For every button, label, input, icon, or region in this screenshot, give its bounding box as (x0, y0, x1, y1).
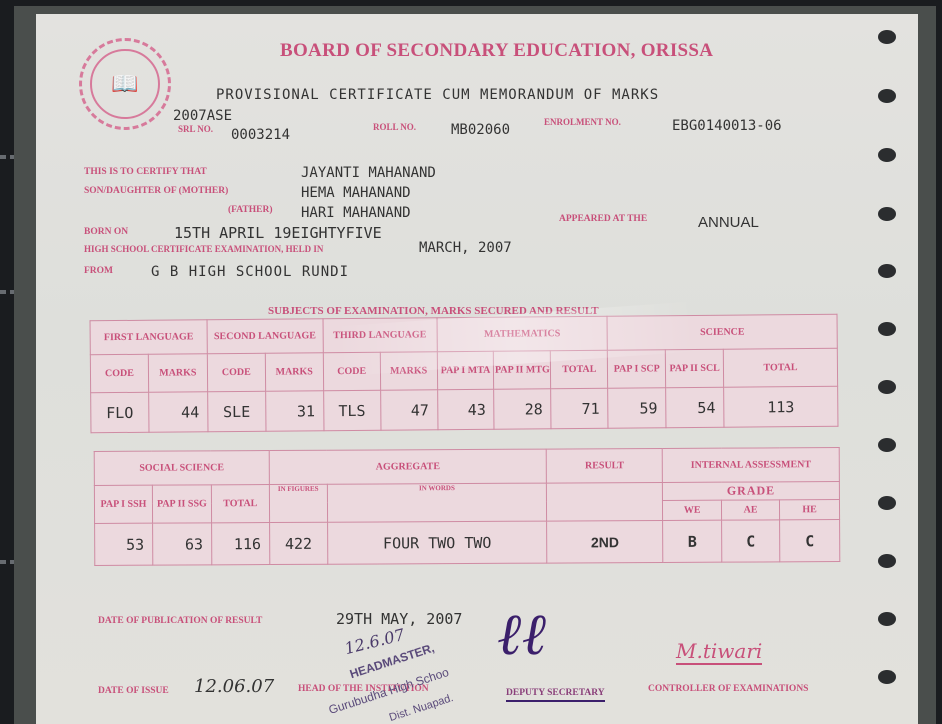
sl-marks-header: MARKS (265, 353, 323, 392)
result-value: 2ND (547, 520, 663, 563)
in-words-header: IN WORDS (327, 483, 547, 522)
sl-marks: 31 (265, 391, 323, 432)
sci-p1-header: PAP I SCP (608, 350, 666, 389)
internal-assessment-header: INTERNAL ASSESSMENT (662, 448, 839, 483)
issue-date: 12.06.07 (194, 676, 274, 697)
math-total-header: TOTAL (551, 350, 608, 388)
punch-hole-icon (878, 670, 896, 684)
roll-label: ROLL NO. (373, 122, 416, 132)
tl-code-header: CODE (323, 352, 380, 390)
aggregate-words: FOUR TWO TWO (327, 521, 547, 564)
sl-code: SLE (208, 391, 266, 432)
candidate-name: JAYANTI MAHANAND (301, 165, 436, 181)
exam-type: ANNUAL (698, 214, 759, 231)
certificate-document: 📖 BOARD OF SECONDARY EDUCATION, ORISSA P… (36, 14, 918, 724)
exam-code: 2007ASE (173, 108, 232, 124)
ss-p1: 53 (95, 523, 153, 565)
date-of-birth: 15TH APRIL 19EIGHTYFIVE (174, 224, 382, 242)
ss-p2-header: PAP II SSG (152, 485, 211, 523)
srl-label: SRL NO. (178, 124, 213, 134)
mother-name: HEMA MAHANAND (301, 185, 411, 201)
board-name: BOARD OF SECONDARY EDUCATION, ORISSA (280, 40, 713, 62)
sci-total-header: TOTAL (723, 348, 837, 387)
sci-p2: 54 (666, 387, 724, 428)
marks-table-title: SUBJECTS OF EXAMINATION, MARKS SECURED A… (268, 305, 599, 317)
punch-hole-icon (878, 496, 896, 510)
issue-label: DATE OF ISSUE (98, 686, 169, 696)
in-figures-header: IN FIGURES (269, 484, 327, 522)
third-language-header: THIRD LANGUAGE (323, 318, 437, 353)
ss-total-header: TOTAL (211, 485, 269, 523)
deputy-label: DEPUTY SECRETARY (506, 688, 605, 702)
roll-value: MB02060 (451, 122, 510, 138)
controller-label: CONTROLLER OF EXAMINATIONS (648, 684, 808, 694)
punch-hole-icon (878, 554, 896, 568)
math-p1-header: PAP I MTA (437, 351, 494, 389)
aggregate-figures: 422 (269, 522, 327, 564)
punch-hole-icon (878, 322, 896, 336)
grade-header: GRADE (663, 482, 840, 501)
marks-table: FIRST LANGUAGE SECOND LANGUAGE THIRD LAN… (90, 314, 839, 434)
science-header: SCIENCE (607, 314, 837, 350)
exam-label: HIGH SCHOOL CERTIFICATE EXAMINATION, HEL… (84, 244, 323, 254)
fl-code-header: CODE (90, 354, 148, 393)
ae-header: AE (722, 500, 780, 520)
punch-hole-icon (878, 148, 896, 162)
fl-marks-header: MARKS (148, 354, 207, 393)
grade-we: B (663, 520, 722, 562)
father-label: (FATHER) (228, 205, 273, 215)
math-p1: 43 (437, 389, 494, 429)
father-name: HARI MAHANAND (301, 205, 411, 221)
punch-hole-icon (878, 612, 896, 626)
punch-hole-icon (878, 380, 896, 394)
enrolment-label: ENROLMENT NO. (544, 117, 621, 127)
certify-label: THIS IS TO CERTIFY THAT (84, 167, 207, 177)
tl-code: TLS (323, 390, 380, 430)
tl-marks: 47 (380, 390, 437, 430)
from-label: FROM (84, 266, 113, 276)
mathematics-header: MATHEMATICS (437, 316, 608, 351)
district-stamp: Dist. Nuapad. (388, 692, 455, 724)
fl-marks: 44 (149, 392, 208, 433)
certificate-title: PROVISIONAL CERTIFICATE CUM MEMORANDUM O… (216, 87, 659, 103)
ss-p2: 63 (153, 523, 212, 565)
second-language-header: SECOND LANGUAGE (207, 319, 323, 354)
ss-p1-header: PAP I SSH (94, 485, 152, 523)
publication-label: DATE OF PUBLICATION OF RESULT (98, 616, 262, 626)
enrolment-value: EBG0140013-06 (672, 118, 782, 134)
board-seal-icon: 📖 (79, 38, 171, 130)
result-blank (547, 482, 663, 521)
math-p2: 28 (494, 389, 551, 429)
sci-p1: 59 (608, 388, 666, 429)
born-label: BORN ON (84, 227, 128, 237)
fl-code: FLO (91, 392, 149, 433)
sci-total: 113 (724, 386, 838, 427)
deputy-signature: ℓℓ (498, 600, 548, 668)
sci-p2-header: PAP II SCL (666, 349, 724, 388)
social-science-header: SOCIAL SCIENCE (94, 451, 269, 486)
perforation-holes (878, 0, 898, 724)
tl-marks-header: MARKS (380, 352, 437, 390)
controller-signature: M.tiwari (676, 639, 762, 665)
he-header: HE (779, 500, 839, 520)
sl-code-header: CODE (207, 353, 265, 392)
we-header: WE (663, 500, 722, 520)
ss-total: 116 (211, 523, 269, 565)
punch-hole-icon (878, 89, 896, 103)
aggregate-header: AGGREGATE (269, 449, 547, 484)
math-p2-header: PAP II MTG (494, 351, 551, 389)
result-table: SOCIAL SCIENCE AGGREGATE RESULT INTERNAL… (94, 447, 841, 566)
result-header: RESULT (547, 448, 663, 483)
grade-he: C (780, 520, 840, 562)
punch-hole-icon (878, 207, 896, 221)
punch-hole-icon (878, 30, 896, 44)
punch-hole-icon (878, 264, 896, 278)
punch-hole-icon (878, 438, 896, 452)
mother-label: SON/DAUGHTER OF (MOTHER) (84, 186, 228, 196)
exam-held: MARCH, 2007 (419, 240, 512, 256)
school-name: G B HIGH SCHOOL RUNDI (151, 264, 349, 280)
srl-value: 0003214 (231, 127, 290, 143)
appeared-label: APPEARED AT THE (559, 214, 647, 224)
math-total: 71 (551, 388, 608, 428)
grade-ae: C (722, 520, 780, 562)
first-language-header: FIRST LANGUAGE (90, 320, 207, 355)
